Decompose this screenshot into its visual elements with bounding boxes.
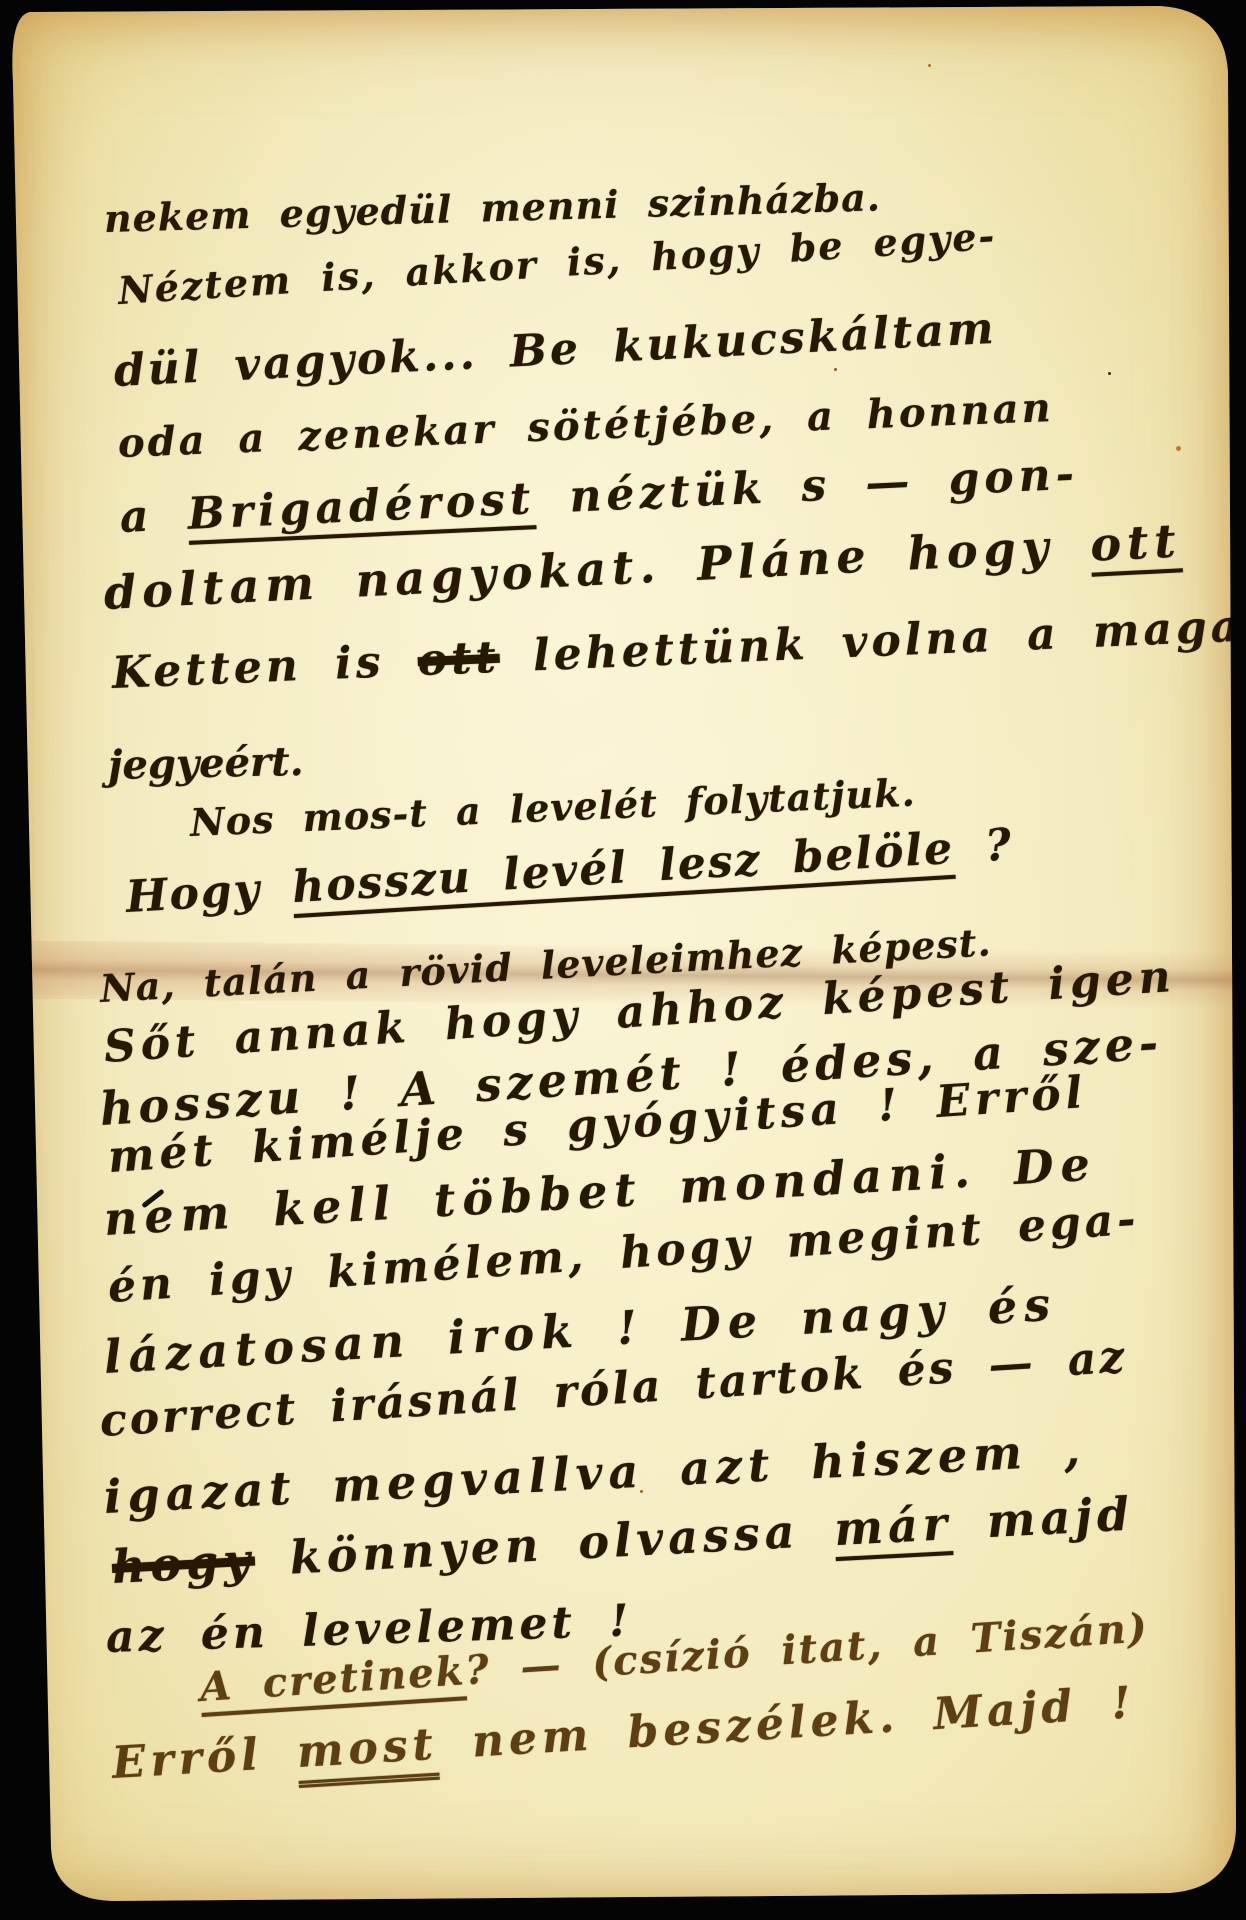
scanned-letter-image: nekem egyedül menni szinházba.Néztem is,… [0,0,1246,1920]
handwritten-line: dül vagyok... Be kukucskáltam [113,303,998,397]
text-segment: Erről [110,1727,298,1789]
text-segment: könnyen olvassa [253,1502,835,1586]
text-segment: már [833,1496,953,1556]
text-segment: dül vagyok... Be kukucskáltam [113,303,998,397]
text-segment: majd [950,1486,1135,1549]
text-segment: néztük s — gon- [534,448,1080,524]
text-segment: jegyeért. [108,738,304,789]
text-segment: lehettünk volna a magam [499,598,1246,682]
paper-speckle [1176,446,1181,451]
paper-speckle [928,64,931,67]
text-segment: nem beszélek. Majd ! [436,1677,1137,1769]
handwritten-line: oda a zenekar sötétjébe, a honnan [117,384,1054,467]
text-segment: hogy [111,1533,257,1594]
text-segment: ott [1089,513,1183,571]
text-segment: most [295,1719,439,1778]
text-segment: ? [952,819,1014,873]
text-segment: Ketten is [111,635,419,699]
paper-speckle [834,368,837,371]
text-segment: Hogy [124,862,293,923]
text-segment: ott [417,632,501,686]
text-segment: Brigadérost [187,473,537,540]
text-segment: oda a zenekar sötétjébe, a honnan [117,384,1054,467]
paper-speckle [1108,372,1111,375]
letter-page: nekem egyedül menni szinházba.Néztem is,… [0,0,1246,1920]
handwritten-line: Ketten is ott lehettünk volna a magam [111,598,1246,698]
handwritten-line: jegyeért. [108,738,304,789]
text-segment: a [119,489,189,543]
